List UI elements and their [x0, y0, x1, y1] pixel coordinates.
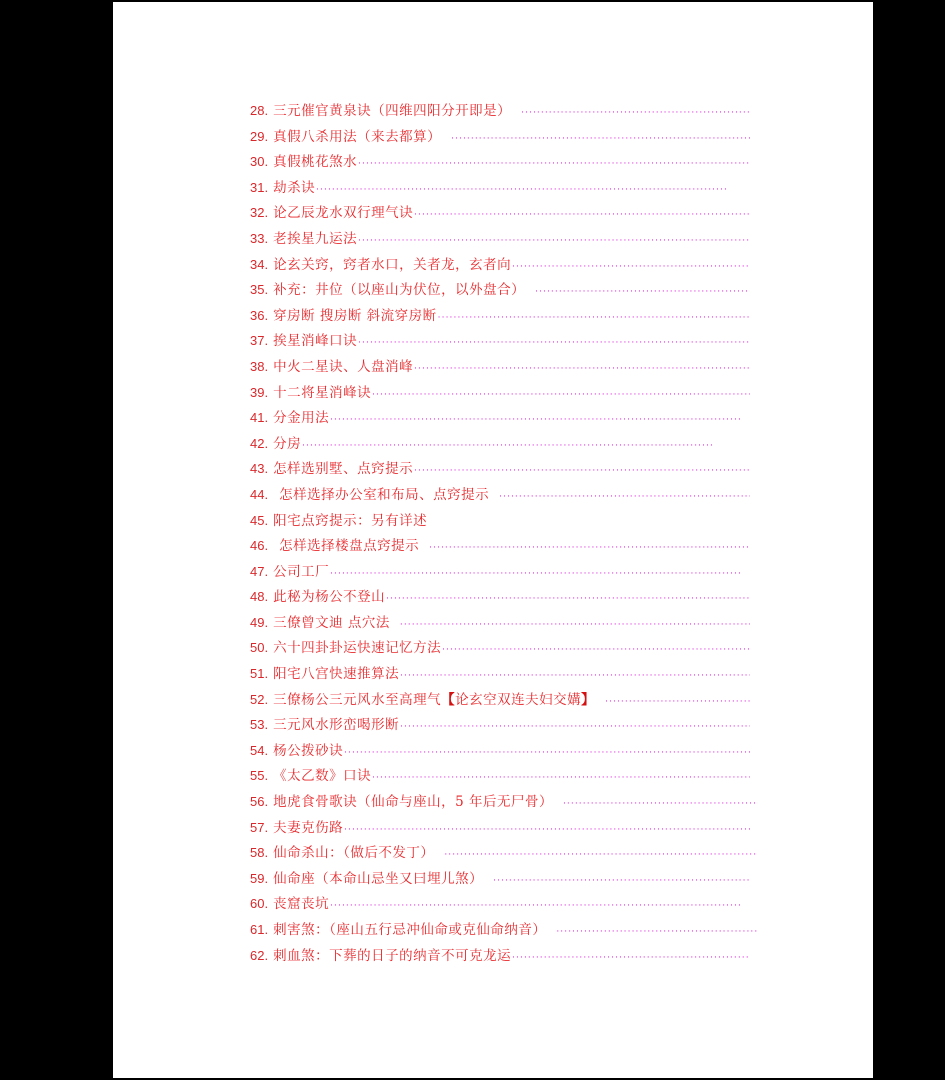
toc-entry-title-text: 分金用法 — [273, 410, 329, 426]
dot-leader: ········································… — [344, 741, 750, 767]
toc-entry-title-text: 公司工厂 — [273, 564, 329, 580]
toc-entry-number: 50. — [250, 635, 268, 661]
toc-entry-number: 57. — [250, 815, 268, 841]
toc-entry[interactable]: 52.三僚杨公三元风水至高理气【论玄空双连夫妇交媾】··············… — [250, 687, 750, 713]
toc-entry-number: 28. — [250, 98, 268, 124]
toc-entry[interactable]: 47.公司工厂·································… — [250, 559, 750, 585]
toc-entry-title[interactable]: 三元催官黄泉诀（四维四阳分开即是） — [273, 99, 511, 125]
toc-entry-title-text: 《太乙数》口诀 — [273, 768, 371, 784]
toc-entry-number: 37. — [250, 328, 268, 354]
toc-entry[interactable]: 36.穿房断 搜房断 斜流穿房断························… — [250, 303, 750, 329]
toc-entry-number: 39. — [250, 380, 268, 406]
dot-leader: ········································… — [358, 152, 750, 178]
toc-entry[interactable]: 32.论乙辰龙水双行理气诀···························… — [250, 200, 750, 226]
toc-entry-number: 59. — [250, 866, 268, 892]
toc-entry-title-text: 十二将星消峰诀 — [273, 385, 371, 401]
toc-entry-number: 35. — [250, 277, 268, 303]
toc-entry-title-text: 杨公拨砂诀 — [273, 743, 343, 759]
toc-entry-title[interactable]: 公司工厂 — [273, 560, 329, 586]
bracket-close: 】 — [581, 692, 595, 708]
toc-entry-title[interactable]: 穿房断 搜房断 斜流穿房断 — [273, 304, 437, 330]
toc-entry-title-text: 刺害煞：（座山五行忌冲仙命或克仙命纳音） — [273, 922, 546, 938]
toc-entry-title-text: 怎样选择楼盘点窍提示 — [279, 538, 419, 554]
dot-leader: ········································… — [400, 715, 750, 741]
dot-leader: ········································… — [302, 434, 750, 460]
dot-leader: ········································… — [414, 357, 750, 383]
toc-entry-number: 46. — [250, 533, 268, 559]
toc-entry-title-text: 劫杀诀 — [273, 180, 315, 196]
toc-entry-title-text: 夫妻克伤路 — [273, 820, 343, 836]
dot-leader: ········································… — [330, 894, 750, 920]
toc-entry[interactable]: 55.《太乙数》口诀······························… — [250, 763, 750, 789]
toc-entry-title[interactable]: 三僚曾文迪 点穴法 — [273, 611, 390, 637]
toc-entry-number: 48. — [250, 584, 268, 610]
toc-entry[interactable]: 50.六十四卦卦运快速记忆方法·························… — [250, 635, 750, 661]
toc-entry[interactable]: 39.十二将星消峰诀······························… — [250, 380, 750, 406]
toc-entry-title-text: 阳宅八宫快速推算法 — [273, 666, 399, 682]
toc-entry-number: 30. — [250, 149, 268, 175]
toc-entry[interactable]: 45.阳宅点窍提示：另有详述··························… — [250, 508, 750, 534]
toc-entry-title-text: 真假桃花煞水 — [273, 154, 357, 170]
dot-leader: ········································… — [330, 408, 750, 434]
toc-entry[interactable]: 28.三元催官黄泉诀（四维四阳分开即是）····················… — [250, 98, 750, 124]
dot-leader: ········································… — [414, 459, 750, 485]
dot-leader: ········································… — [429, 536, 750, 562]
toc-entry[interactable]: 38.中火二星诀、人盘消峰···························… — [250, 354, 750, 380]
document-page: 28.三元催官黄泉诀（四维四阳分开即是）····················… — [113, 2, 873, 1078]
toc-entry-title[interactable]: 怎样选择楼盘点窍提示 — [279, 534, 419, 560]
toc-entry-number: 44. — [250, 482, 268, 508]
toc-entry-title[interactable]: 论乙辰龙水双行理气诀 — [273, 201, 413, 227]
toc-entry[interactable]: 59.仙命座（本命山忌坐又曰埋儿煞）······················… — [250, 866, 750, 892]
toc-entry-number: 56. — [250, 789, 268, 815]
toc-entry-number: 61. — [250, 917, 268, 943]
dot-leader: ········································… — [563, 792, 758, 818]
toc-entry[interactable]: 44.怎样选择办公室和布局、点窍提示······················… — [250, 482, 750, 508]
toc-entry[interactable]: 31.劫杀诀··································… — [250, 175, 750, 201]
toc-entry-title[interactable]: 仙命杀山：（做后不发丁） — [273, 841, 434, 867]
dot-leader: ········································… — [451, 127, 750, 153]
toc-entry-title[interactable]: 此秘为杨公不登山 — [273, 585, 385, 611]
toc-entry[interactable]: 41.分金用法·································… — [250, 405, 750, 431]
document-viewer: 28.三元催官黄泉诀（四维四阳分开即是）····················… — [0, 0, 945, 1080]
dot-leader: ········································… — [414, 203, 750, 229]
toc-entry-title[interactable]: 挨星消峰口诀 — [273, 329, 357, 355]
toc-entry-title[interactable]: 中火二星诀、人盘消峰 — [273, 355, 413, 381]
toc-entry-title[interactable]: 阳宅八宫快速推算法 — [273, 662, 399, 688]
toc-entry-title[interactable]: 三僚杨公三元风水至高理气【论玄空双连夫妇交媾】 — [273, 688, 595, 714]
toc-entry-title-text: 刺血煞：下葬的日子的纳音不可克龙运 — [273, 948, 511, 964]
toc-entry[interactable]: 30.真假桃花煞水·······························… — [250, 149, 750, 175]
toc-entry-title[interactable]: 夫妻克伤路 — [273, 816, 343, 842]
toc-entry[interactable]: 58.仙命杀山：（做后不发丁）·························… — [250, 840, 750, 866]
toc-entry-title-text: 怎样选别墅、点窍提示 — [273, 461, 413, 477]
toc-entry-title-text: 三元风水形峦喝形断 — [273, 717, 399, 733]
toc-entry-number: 55. — [250, 763, 268, 789]
toc-entry-title[interactable]: 刺血煞：下葬的日子的纳音不可克龙运 — [273, 944, 511, 970]
toc-entry[interactable]: 61.刺害煞：（座山五行忌冲仙命或克仙命纳音）·················… — [250, 917, 750, 943]
toc-entry[interactable]: 54.杨公拨砂诀································… — [250, 738, 750, 764]
dot-leader: ········································… — [493, 869, 750, 895]
toc-entry-number: 29. — [250, 124, 268, 150]
toc-entry-title[interactable]: 阳宅点窍提示：另有详述 — [273, 509, 427, 535]
toc-entry-title[interactable]: 杨公拨砂诀 — [273, 739, 343, 765]
toc-entry-title[interactable]: 补充：井位（以座山为伏位，以外盘合） — [273, 278, 525, 304]
toc-entry-title[interactable]: 三元风水形峦喝形断 — [273, 713, 399, 739]
toc-entry-title[interactable]: 怎样选择办公室和布局、点窍提示 — [279, 483, 489, 509]
toc-entry-title-text: 阳宅点窍提示：另有详述 — [273, 513, 427, 529]
toc-entry-number: 38. — [250, 354, 268, 380]
toc-entry[interactable]: 33.老挨星九运法·······························… — [250, 226, 750, 252]
toc-entry-title[interactable]: 《太乙数》口诀 — [273, 764, 371, 790]
toc-entry-number: 31. — [250, 175, 268, 201]
toc-entry[interactable]: 57.夫妻克伤路································… — [250, 815, 750, 841]
toc-entry[interactable]: 60.丧窟丧坑·································… — [250, 891, 750, 917]
toc-entry[interactable]: 56.地虎食骨歌诀（仙命与座山，5 年后无尸骨）················… — [250, 789, 750, 815]
dot-leader: ········································… — [444, 843, 758, 869]
toc-entry[interactable]: 29.真假八杀用法（来去都算）·························… — [250, 124, 750, 150]
toc-entry-title-text: 挨星消峰口诀 — [273, 333, 357, 349]
toc-entry-number: 49. — [250, 610, 268, 636]
toc-entry-title[interactable]: 十二将星消峰诀 — [273, 381, 371, 407]
toc-entry-title-text: 丧窟丧坑 — [273, 896, 329, 912]
toc-entry-number: 45. — [250, 508, 268, 534]
table-of-contents: 28.三元催官黄泉诀（四维四阳分开即是）····················… — [250, 98, 750, 968]
toc-entry-number: 62. — [250, 943, 268, 969]
toc-entry[interactable]: 51.阳宅八宫快速推算法····························… — [250, 661, 750, 687]
toc-entry-title[interactable]: 怎样选别墅、点窍提示 — [273, 457, 413, 483]
toc-entry[interactable]: 53.三元风水形峦喝形断····························… — [250, 712, 750, 738]
toc-entry[interactable]: 37.挨星消峰口诀·······························… — [250, 328, 750, 354]
toc-entry-title-text: 分房 — [273, 436, 301, 452]
toc-entry-title-text: 老挨星九运法 — [273, 231, 357, 247]
toc-entry-number: 53. — [250, 712, 268, 738]
toc-entry-number: 51. — [250, 661, 268, 687]
toc-entry-number: 47. — [250, 559, 268, 585]
dot-leader: ········································… — [499, 485, 750, 511]
dot-leader: ········································… — [344, 818, 750, 844]
dot-leader: ········································… — [358, 229, 750, 255]
dot-leader: ········································… — [521, 101, 750, 127]
toc-entry-title-text: 穿房断 搜房断 斜流穿房断 — [273, 308, 437, 324]
toc-entry[interactable]: 34.论玄关窍，窍者水口，关者龙，玄者向····················… — [250, 252, 750, 278]
toc-entry[interactable]: 35.补充：井位（以座山为伏位，以外盘合）···················… — [250, 277, 750, 303]
dot-leader: ········································… — [358, 331, 750, 357]
toc-entry-title[interactable]: 老挨星九运法 — [273, 227, 357, 253]
toc-entry[interactable]: 62.刺血煞：下葬的日子的纳音不可克龙运····················… — [250, 943, 750, 969]
toc-entry-title[interactable]: 丧窟丧坑 — [273, 892, 329, 918]
toc-entry-title-text: 中火二星诀、人盘消峰 — [273, 359, 413, 375]
toc-entry-title-text: 六十四卦卦运快速记忆方法 — [273, 640, 441, 656]
toc-entry-number: 42. — [250, 431, 268, 457]
toc-entry-number: 36. — [250, 303, 268, 329]
bracket-open: 【 — [441, 692, 455, 708]
dot-leader: ········································… — [535, 280, 750, 306]
dot-leader: ········································… — [372, 383, 750, 409]
dot-leader: ········································… — [400, 664, 750, 690]
toc-entry-number: 54. — [250, 738, 268, 764]
toc-entry[interactable]: 43.怎样选别墅、点窍提示···························… — [250, 456, 750, 482]
toc-entry-number: 32. — [250, 200, 268, 226]
toc-entry-title[interactable]: 论玄关窍，窍者水口，关者龙，玄者向 — [273, 253, 511, 279]
dot-leader: ········································… — [556, 920, 758, 946]
dot-leader: ········································… — [330, 562, 750, 588]
toc-entry[interactable]: 49.三僚曾文迪 点穴法····························… — [250, 610, 750, 636]
toc-entry-title[interactable]: 真假桃花煞水 — [273, 150, 357, 176]
toc-entry-title-text: 真假八杀用法（来去都算） — [273, 129, 441, 145]
toc-entry[interactable]: 42.分房···································… — [250, 431, 750, 457]
dot-leader: ········································… — [316, 178, 750, 204]
toc-entry[interactable]: 48.此秘为杨公不登山·····························… — [250, 584, 750, 610]
dot-leader: ········································… — [512, 946, 750, 972]
toc-entry-number: 60. — [250, 891, 268, 917]
dot-leader: ········································… — [605, 690, 750, 716]
toc-entry-number: 41. — [250, 405, 268, 431]
toc-entry-number: 43. — [250, 456, 268, 482]
bracketed-subtitle: 论玄空双连夫妇交媾 — [455, 692, 581, 708]
toc-entry-number: 52. — [250, 687, 268, 713]
toc-entry-title[interactable]: 仙命座（本命山忌坐又曰埋儿煞） — [273, 867, 483, 893]
toc-entry-title-text: 此秘为杨公不登山 — [273, 589, 385, 605]
toc-entry-title-text: 三元催官黄泉诀（四维四阳分开即是） — [273, 103, 511, 119]
toc-entry-title-text: 补充：井位（以座山为伏位，以外盘合） — [273, 282, 525, 298]
toc-entry-number: 58. — [250, 840, 268, 866]
toc-entry-title[interactable]: 地虎食骨歌诀（仙命与座山，5 年后无尸骨） — [273, 790, 553, 816]
toc-entry-title-text: 仙命座（本命山忌坐又曰埋儿煞） — [273, 871, 483, 887]
dot-leader: ········································… — [386, 587, 750, 613]
toc-entry-title[interactable]: 真假八杀用法（来去都算） — [273, 125, 441, 151]
toc-entry-title-text: 仙命杀山：（做后不发丁） — [273, 845, 434, 861]
toc-entry-number: 34. — [250, 252, 268, 278]
toc-entry-title-text: 三僚杨公三元风水至高理气 — [273, 692, 441, 708]
dot-leader: ········································… — [442, 638, 750, 664]
dot-leader: ········································… — [512, 255, 750, 281]
toc-entry-title-text: 三僚曾文迪 点穴法 — [273, 615, 390, 631]
toc-entry-title-text: 论玄关窍，窍者水口，关者龙，玄者向 — [273, 257, 511, 273]
toc-entry-title[interactable]: 劫杀诀 — [273, 176, 315, 202]
toc-entry[interactable]: 46.怎样选择楼盘点窍提示···························… — [250, 533, 750, 559]
dot-leader: ········································… — [438, 306, 750, 332]
toc-entry-title[interactable]: 刺害煞：（座山五行忌冲仙命或克仙命纳音） — [273, 918, 546, 944]
toc-entry-title-text: 怎样选择办公室和布局、点窍提示 — [279, 487, 489, 503]
toc-entry-title-text: 地虎食骨歌诀（仙命与座山，5 年后无尸骨） — [273, 794, 553, 810]
dot-leader: ········································… — [372, 766, 750, 792]
toc-entry-title[interactable]: 六十四卦卦运快速记忆方法 — [273, 636, 441, 662]
toc-entry-title[interactable]: 分房 — [273, 432, 301, 458]
toc-entry-number: 33. — [250, 226, 268, 252]
dot-leader: ········································… — [400, 613, 750, 639]
toc-entry-title[interactable]: 分金用法 — [273, 406, 329, 432]
toc-entry-title-text: 论乙辰龙水双行理气诀 — [273, 205, 413, 221]
